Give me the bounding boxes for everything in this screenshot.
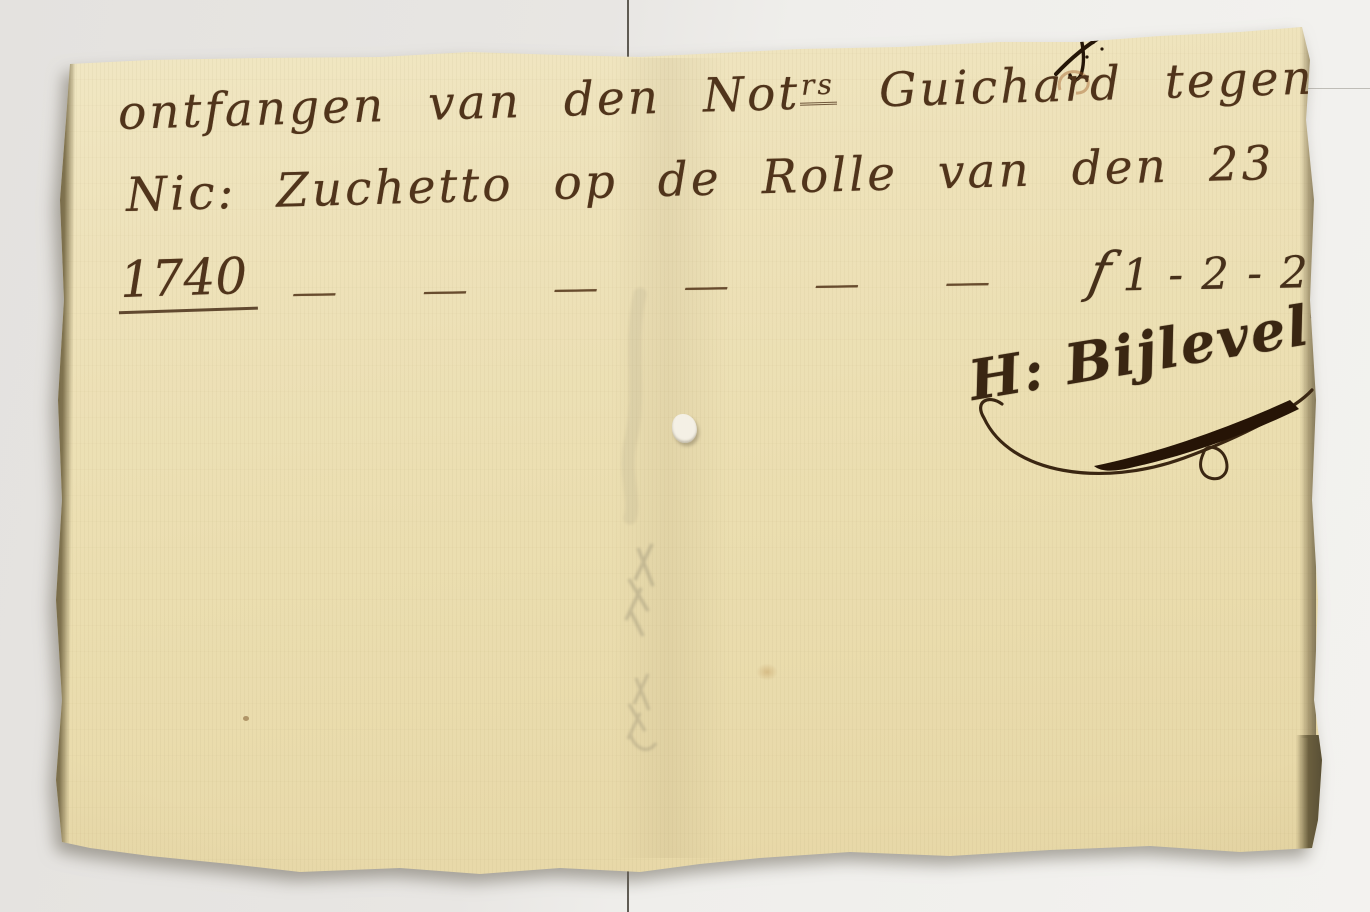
line1-superscript: rs xyxy=(799,68,837,106)
paper-fleck xyxy=(243,716,249,721)
paper-hole xyxy=(672,414,697,443)
receipt-paper: ontfangen van den Notrs Guichard tegens … xyxy=(0,0,1370,912)
signature-flourish xyxy=(952,346,1334,492)
foxing-stain xyxy=(752,660,782,684)
florin-currency-symbol: f xyxy=(1084,240,1118,304)
receipt-line-1: ontfangen van den Notrs Guichard tegens xyxy=(117,50,1342,141)
line2-text: Nic: Zuchetto op de Rolle van den 23 Feb… xyxy=(125,131,1370,223)
paper-left-edge-shadow xyxy=(37,52,76,852)
paper-right-edge-shadow-lower xyxy=(1296,735,1324,851)
year-value: 1740 xyxy=(117,247,258,315)
amount-figures: 1 - 2 - 2 xyxy=(1122,247,1310,301)
line1-text-2: Guichard tegens xyxy=(878,50,1342,119)
amount-value: f1 - 2 - 2 xyxy=(1090,237,1311,303)
receipt-totals-line: 1740 — — — — — — — f1 - 2 - 2 xyxy=(117,231,1310,322)
paper-face: ontfangen van den Notrs Guichard tegens … xyxy=(0,0,1370,912)
photo-background: ontfangen van den Notrs Guichard tegens … xyxy=(0,0,1370,912)
receipt-line-2: Nic: Zuchetto op de Rolle van den 23 Feb… xyxy=(125,131,1370,223)
ink-showthrough-marks xyxy=(578,286,728,796)
filler-dashes: — — — — — — — xyxy=(291,260,1073,313)
